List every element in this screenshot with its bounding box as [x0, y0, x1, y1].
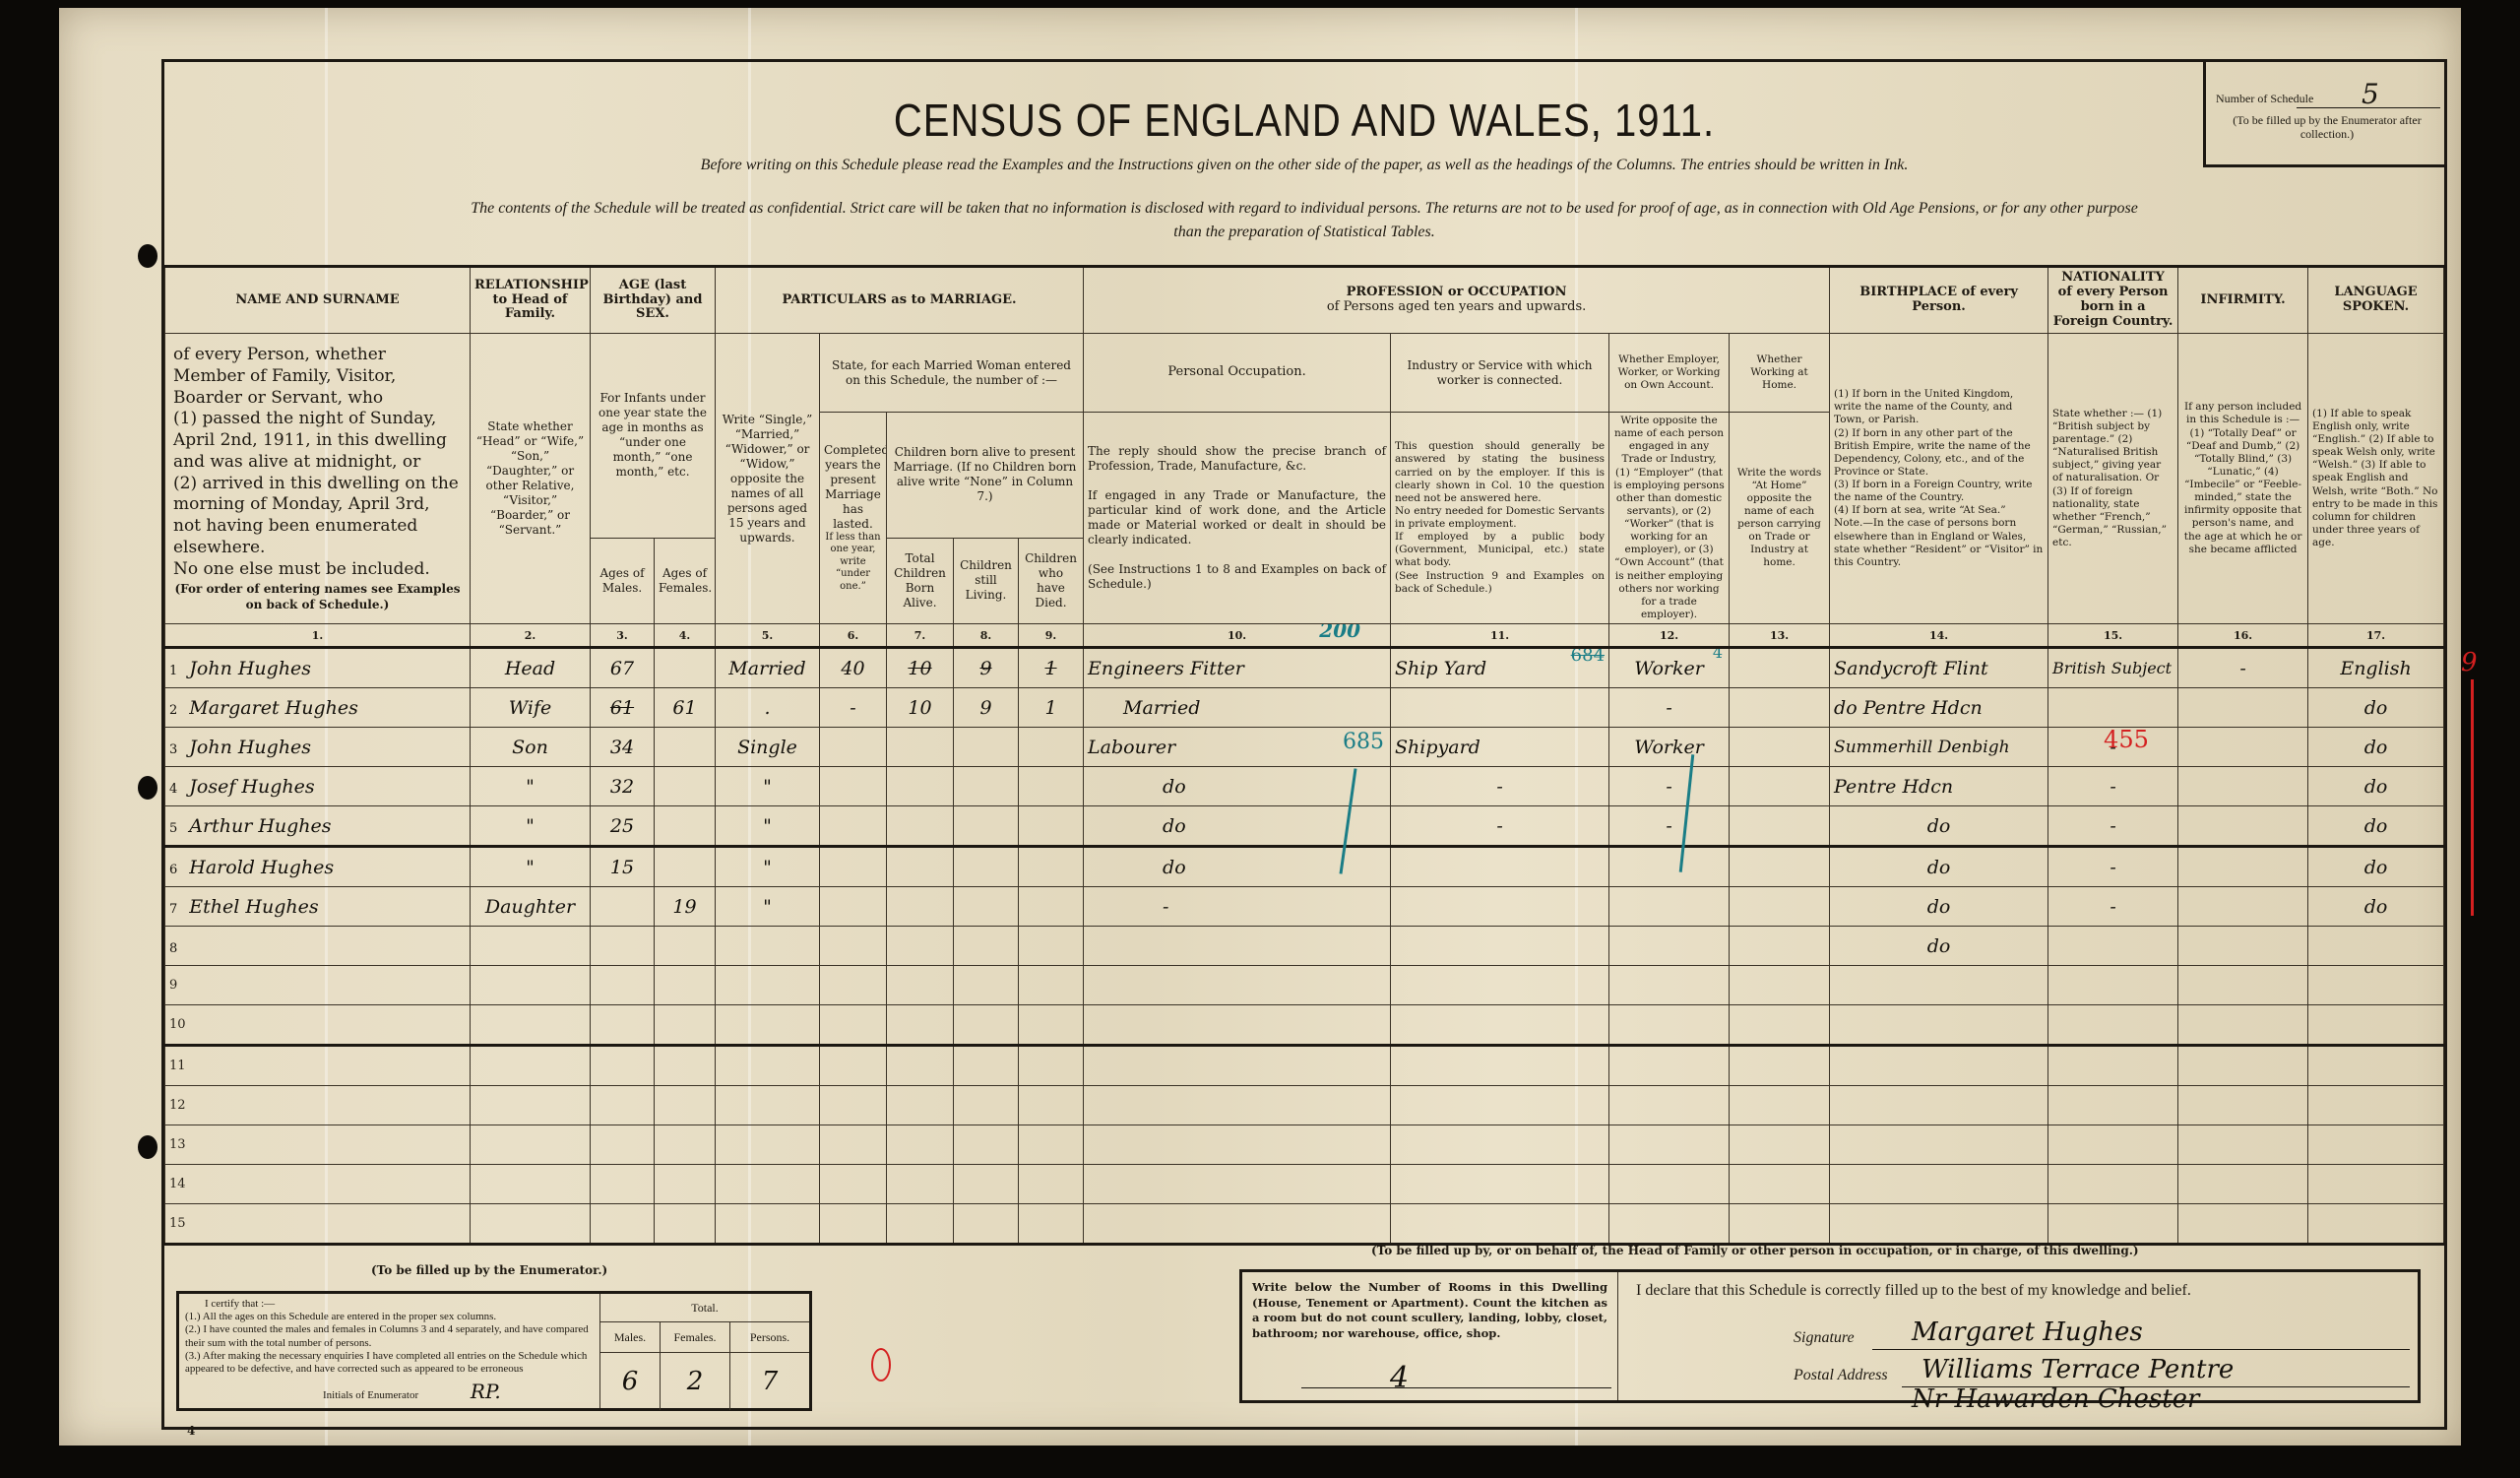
total-females: 2	[661, 1353, 730, 1410]
age-female-cell	[655, 728, 716, 767]
at-home-cell	[1730, 806, 1830, 847]
persons-label: Persons.	[730, 1322, 809, 1352]
certify-label: I certify that :—	[185, 1298, 598, 1311]
marital-cell: Married	[716, 648, 820, 688]
document-title: CENSUS OF ENGLAND AND WALES, 1911.	[164, 96, 2444, 148]
marital-cell: "	[716, 767, 820, 806]
infirmity-cell	[2178, 847, 2308, 887]
industry-cell	[1391, 847, 1609, 887]
table-row: 10	[165, 1005, 2444, 1046]
rooms-section: Write below the Number of Rooms in this …	[1242, 1272, 1618, 1400]
row-number: 13	[165, 1125, 471, 1165]
marital-status-instructions: Write “Single,” “Married,” “Widower,” or…	[716, 334, 820, 624]
table-row: 3John Hughes Son 34 Single Labourer685 S…	[165, 728, 2444, 767]
table-row: 14	[165, 1165, 2444, 1204]
total-children-header: Total Children Born Alive.	[887, 538, 954, 623]
relationship-cell: Son	[471, 728, 591, 767]
table-row: 9	[165, 966, 2444, 1005]
children-living-cell	[954, 806, 1019, 847]
total-children-cell	[887, 806, 954, 847]
nationality-cell	[2048, 688, 2178, 728]
header-name: NAME AND SURNAME	[165, 267, 471, 334]
infirmity-cell	[2178, 887, 2308, 927]
punch-hole	[138, 244, 157, 268]
children-living-cell	[954, 887, 1019, 927]
children-died-cell: 1	[1019, 648, 1084, 688]
column-numbers-row: 1. 2. 3. 4. 5. 6. 7. 8. 9. 10.200 11. 12…	[165, 624, 2444, 648]
employer-cell	[1609, 847, 1730, 887]
at-home-cell	[1730, 728, 1830, 767]
red-margin-line	[2471, 679, 2474, 916]
column-number: 9.	[1019, 624, 1084, 648]
rooms-instructions: Write below the Number of Rooms in this …	[1252, 1280, 1607, 1341]
annotation-4: 4	[1713, 648, 1723, 663]
column-number: 6.	[820, 624, 887, 648]
table-row: 2Margaret Hughes Wife 61 61 . - 10 9 1 M…	[165, 688, 2444, 728]
years-married-cell: -	[820, 688, 887, 728]
years-married-header: Completed years the present Marriage has…	[820, 413, 887, 624]
children-born-header: Children born alive to present Marriage.…	[887, 413, 1084, 539]
years-married-cell: 40	[820, 648, 887, 688]
name-instructions: of every Person, whether Member of Famil…	[165, 334, 471, 624]
census-table: NAME AND SURNAME RELATIONSHIP to Head of…	[164, 265, 2444, 1246]
males-label: Males.	[600, 1322, 661, 1352]
birthplace-cell: do	[1830, 847, 2048, 887]
birthplace-cell: do	[1830, 887, 2048, 927]
children-living-cell: 9	[954, 688, 1019, 728]
at-home-cell	[1730, 648, 1830, 688]
relationship-cell: Daughter	[471, 887, 591, 927]
children-living-cell: 9	[954, 648, 1019, 688]
column-number: 1.	[165, 624, 471, 648]
column-number: 17.	[2308, 624, 2444, 648]
age-male-cell: 67	[591, 648, 655, 688]
postal-address-label: Postal Address	[1794, 1367, 1888, 1384]
at-home-cell	[1730, 847, 1830, 887]
employer-cell: -	[1609, 688, 1730, 728]
instruction-line: Before writing on this Schedule please r…	[164, 157, 2444, 174]
at-home-instructions: Write the words “At Home” opposite the n…	[1730, 413, 1830, 624]
children-living-header: Children still Living.	[954, 538, 1019, 623]
nationality-cell: -	[2048, 806, 2178, 847]
name-cell: 6Harold Hughes	[165, 847, 471, 887]
table-row: 1John Hughes Head 67 Married 40 10 9 1 E…	[165, 648, 2444, 688]
page-number: 4	[187, 1424, 195, 1438]
annotation-200: 200	[1319, 624, 1360, 643]
birthplace-cell: do	[1830, 927, 2048, 966]
infirmity-cell: -	[2178, 648, 2308, 688]
relationship-cell: "	[471, 847, 591, 887]
header-personal-occupation: Personal Occupation.	[1084, 334, 1391, 413]
header-profession-title: PROFESSION or OCCUPATION	[1088, 286, 1825, 300]
industry-cell: Ship Yard684	[1391, 648, 1609, 688]
children-died-cell	[1019, 806, 1084, 847]
age-male-cell: 34	[591, 728, 655, 767]
table-row: 6Harold Hughes " 15 " do do - do	[165, 847, 2444, 887]
age-male-cell: 15	[591, 847, 655, 887]
red-margin-number: 9	[2461, 648, 2478, 677]
name-cell: 3John Hughes	[165, 728, 471, 767]
signature-label: Signature	[1794, 1329, 1855, 1347]
header-age: AGE (last Birthday) and SEX.	[591, 267, 716, 334]
marital-cell: .	[716, 688, 820, 728]
children-living-cell	[954, 767, 1019, 806]
birthplace-instructions: (1) If born in the United Kingdom, write…	[1830, 334, 2048, 624]
column-number: 12.	[1609, 624, 1730, 648]
column-number: 10.200	[1084, 624, 1391, 648]
header-employer-status: Whether Employer, Worker, or Working on …	[1609, 334, 1730, 413]
header-at-home: Whether Working at Home.	[1730, 334, 1830, 413]
nationality-cell: British Subject	[2048, 648, 2178, 688]
table-row: 13	[165, 1125, 2444, 1165]
age-male-cell: 61	[591, 688, 655, 728]
certify-item-3: (3.) After making the necessary enquirie…	[185, 1350, 598, 1376]
row-number: 10	[165, 1005, 471, 1046]
signature-value: Margaret Hughes	[1912, 1317, 2143, 1347]
children-died-cell: 1	[1019, 688, 1084, 728]
row-number: 9	[165, 966, 471, 1005]
column-number: 16.	[2178, 624, 2308, 648]
household-header: (To be filled up by, or on behalf of, th…	[1371, 1244, 2139, 1257]
at-home-cell	[1730, 688, 1830, 728]
punch-hole	[138, 1135, 157, 1159]
employer-cell: -	[1609, 767, 1730, 806]
personal-occupation-instructions: The reply should show the precise branch…	[1084, 413, 1391, 624]
postal-address-line-2: Nr Hawarden Chester	[1912, 1384, 2199, 1414]
row-number: 12	[165, 1086, 471, 1125]
employer-cell: Worker4	[1609, 648, 1730, 688]
language-instructions: (1) If able to speak English only, write…	[2308, 334, 2444, 624]
age-female-cell: 61	[655, 688, 716, 728]
name-cell: 5Arthur Hughes	[165, 806, 471, 847]
infirmity-cell	[2178, 806, 2308, 847]
schedule-number-box: Number of Schedule 5 (To be filled up by…	[2203, 59, 2447, 167]
table-row: 7Ethel Hughes Daughter 19 " - do - do	[165, 887, 2444, 927]
header-industry: Industry or Service with which worker is…	[1391, 334, 1609, 413]
occupation-cell: Labourer685	[1084, 728, 1391, 767]
children-died-header: Children who have Died.	[1019, 538, 1084, 623]
occupation-cell: -	[1084, 887, 1391, 927]
age-male-cell	[591, 887, 655, 927]
children-died-cell	[1019, 847, 1084, 887]
total-children-cell: 10	[887, 688, 954, 728]
header-birthplace: BIRTHPLACE of every Person.	[1830, 267, 2048, 334]
industry-cell: Shipyard	[1391, 728, 1609, 767]
age-female-cell	[655, 847, 716, 887]
rooms-count: 4	[1390, 1359, 1409, 1399]
birthplace-cell: do	[1830, 806, 2048, 847]
header-infirmity: INFIRMITY.	[2178, 267, 2308, 334]
age-male-cell: 25	[591, 806, 655, 847]
column-number: 15.	[2048, 624, 2178, 648]
enumerator-header: (To be filled up by the Enumerator.)	[371, 1263, 607, 1277]
married-woman-instructions: State, for each Married Woman entered on…	[820, 334, 1084, 413]
infirmity-cell	[2178, 688, 2308, 728]
industry-instructions: This question should generally be answer…	[1391, 413, 1609, 624]
birthplace-cell: Sandycroft Flint	[1830, 648, 2048, 688]
total-children-cell	[887, 847, 954, 887]
birthplace-cell: Pentre Hdcn	[1830, 767, 2048, 806]
name-note: (For order of entering names see Example…	[173, 582, 462, 612]
name-cell: 4Josef Hughes	[165, 767, 471, 806]
name-cell: 2Margaret Hughes	[165, 688, 471, 728]
row-number: 14	[165, 1165, 471, 1204]
name-cell: 8	[165, 927, 471, 966]
employer-cell: Worker	[1609, 728, 1730, 767]
annotation-685: 685	[1343, 730, 1384, 754]
table-row: 4Josef Hughes " 32 " do - - Pentre Hdcn …	[165, 767, 2444, 806]
declaration-text: I declare that this Schedule is correctl…	[1636, 1282, 2191, 1300]
column-number: 7.	[887, 624, 954, 648]
relationship-cell: "	[471, 767, 591, 806]
row-number: 11	[165, 1046, 471, 1086]
children-living-cell	[954, 847, 1019, 887]
initials-label: Initials of Enumerator	[323, 1389, 418, 1401]
infirmity-cell	[2178, 728, 2308, 767]
total-children-cell	[887, 728, 954, 767]
at-home-cell	[1730, 887, 1830, 927]
marital-cell: "	[716, 847, 820, 887]
schedule-number-label: Number of Schedule	[2216, 92, 2313, 105]
language-cell: do	[2308, 728, 2444, 767]
occupation-cell: do	[1084, 767, 1391, 806]
years-married-cell	[820, 728, 887, 767]
females-label: Females.	[661, 1322, 730, 1352]
relationship-cell: Wife	[471, 688, 591, 728]
enumerator-certificate: I certify that :— (1.) All the ages on t…	[176, 1291, 812, 1411]
marital-cell: Single	[716, 728, 820, 767]
red-circle-mark	[871, 1348, 891, 1382]
language-cell: do	[2308, 688, 2444, 728]
header-nationality: NATIONALITY of every Person born in a Fo…	[2048, 267, 2178, 334]
table-row: 11	[165, 1046, 2444, 1086]
header-profession: PROFESSION or OCCUPATION of Persons aged…	[1084, 267, 1830, 334]
employer-cell: -	[1609, 806, 1730, 847]
language-cell: do	[2308, 767, 2444, 806]
language-cell: do	[2308, 887, 2444, 927]
children-died-cell	[1019, 887, 1084, 927]
birthplace-cell: do Pentre Hdcn	[1830, 688, 2048, 728]
nationality-cell: -455	[2048, 728, 2178, 767]
nationality-instructions: State whether :— (1) “British subject by…	[2048, 334, 2178, 624]
relationship-cell: Head	[471, 648, 591, 688]
enumerator-initials: RP.	[471, 1380, 501, 1403]
column-number: 8.	[954, 624, 1019, 648]
years-married-cell	[820, 806, 887, 847]
total-children-cell	[887, 767, 954, 806]
employer-cell	[1609, 887, 1730, 927]
certify-item-2: (2.) I have counted the males and female…	[185, 1323, 598, 1349]
years-married-cell	[820, 767, 887, 806]
language-cell: do	[2308, 806, 2444, 847]
age-female-cell	[655, 806, 716, 847]
confidential-notice-cont: than the preparation of Statistical Tabl…	[164, 224, 2444, 241]
employer-instructions: Write opposite the name of each person e…	[1609, 413, 1730, 624]
name-cell: 1John Hughes	[165, 648, 471, 688]
total-males: 6	[600, 1353, 661, 1410]
column-number: 11.	[1391, 624, 1609, 648]
column-number: 5.	[716, 624, 820, 648]
table-row: 12	[165, 1086, 2444, 1125]
header-marriage: PARTICULARS as to MARRIAGE.	[716, 267, 1084, 334]
column-number: 14.	[1830, 624, 2048, 648]
header-language: LANGUAGE SPOKEN.	[2308, 267, 2444, 334]
schedule-number-note: (To be filled up by the Enumerator after…	[2214, 113, 2440, 142]
total-label: Total.	[600, 1294, 809, 1322]
age-female-cell: 19	[655, 887, 716, 927]
total-children-cell	[887, 887, 954, 927]
ages-of-females-header: Ages of Females.	[655, 538, 716, 623]
children-living-cell	[954, 728, 1019, 767]
children-died-cell	[1019, 728, 1084, 767]
marital-cell: "	[716, 806, 820, 847]
age-instructions: For Infants under one year state the age…	[591, 334, 716, 539]
confidential-notice: The contents of the Schedule will be tre…	[164, 200, 2444, 218]
schedule-number-value: 5	[2362, 78, 2379, 110]
header-profession-sub: of Persons aged ten years and upwards.	[1088, 300, 1825, 315]
age-male-cell: 32	[591, 767, 655, 806]
punch-hole	[138, 776, 157, 800]
industry-cell	[1391, 887, 1609, 927]
occupation-cell: Married	[1084, 688, 1391, 728]
children-died-cell	[1019, 767, 1084, 806]
at-home-cell	[1730, 767, 1830, 806]
column-number: 4.	[655, 624, 716, 648]
relationship-cell: "	[471, 806, 591, 847]
years-married-cell	[820, 887, 887, 927]
age-female-cell	[655, 767, 716, 806]
nationality-cell: -	[2048, 847, 2178, 887]
table-row: 5Arthur Hughes " 25 " do - - do - do	[165, 806, 2444, 847]
total-children-cell: 10	[887, 648, 954, 688]
nationality-cell: -	[2048, 887, 2178, 927]
marital-cell: "	[716, 887, 820, 927]
industry-cell	[1391, 688, 1609, 728]
column-number: 3.	[591, 624, 655, 648]
schedule-frame: CENSUS OF ENGLAND AND WALES, 1911. Befor…	[161, 59, 2447, 1430]
relationship-instructions: State whether “Head” or “Wife,” “Son,” “…	[471, 334, 591, 624]
language-cell: English	[2308, 648, 2444, 688]
language-cell: do	[2308, 847, 2444, 887]
postal-address-line-1: Williams Terrace Pentre	[1921, 1355, 2234, 1384]
totals-box: Total. Males. Females. Persons. 6 2 7	[599, 1294, 809, 1408]
column-number: 13.	[1730, 624, 1830, 648]
household-declaration-box: Write below the Number of Rooms in this …	[1239, 1269, 2421, 1403]
column-number: 2.	[471, 624, 591, 648]
header-relationship: RELATIONSHIP to Head of Family.	[471, 267, 591, 334]
infirmity-instructions: If any person included in this Schedule …	[2178, 334, 2308, 624]
nationality-cell: -	[2048, 767, 2178, 806]
certify-item-1: (1.) All the ages on this Schedule are e…	[185, 1311, 598, 1323]
industry-cell: -	[1391, 767, 1609, 806]
total-persons: 7	[730, 1353, 809, 1410]
industry-cell: -	[1391, 806, 1609, 847]
annotation-455: 455	[2104, 728, 2149, 754]
years-married-cell	[820, 847, 887, 887]
table-row: 8 do	[165, 927, 2444, 966]
bottom-section: (To be filled up by the Enumerator.) I c…	[164, 1234, 2444, 1431]
infirmity-cell	[2178, 767, 2308, 806]
age-female-cell	[655, 648, 716, 688]
occupation-cell: Engineers Fitter	[1084, 648, 1391, 688]
annotation-684: 684	[1571, 648, 1605, 667]
ages-of-males-header: Ages of Males.	[591, 538, 655, 623]
birthplace-cell: Summerhill Denbigh	[1830, 728, 2048, 767]
name-cell: 7Ethel Hughes	[165, 887, 471, 927]
